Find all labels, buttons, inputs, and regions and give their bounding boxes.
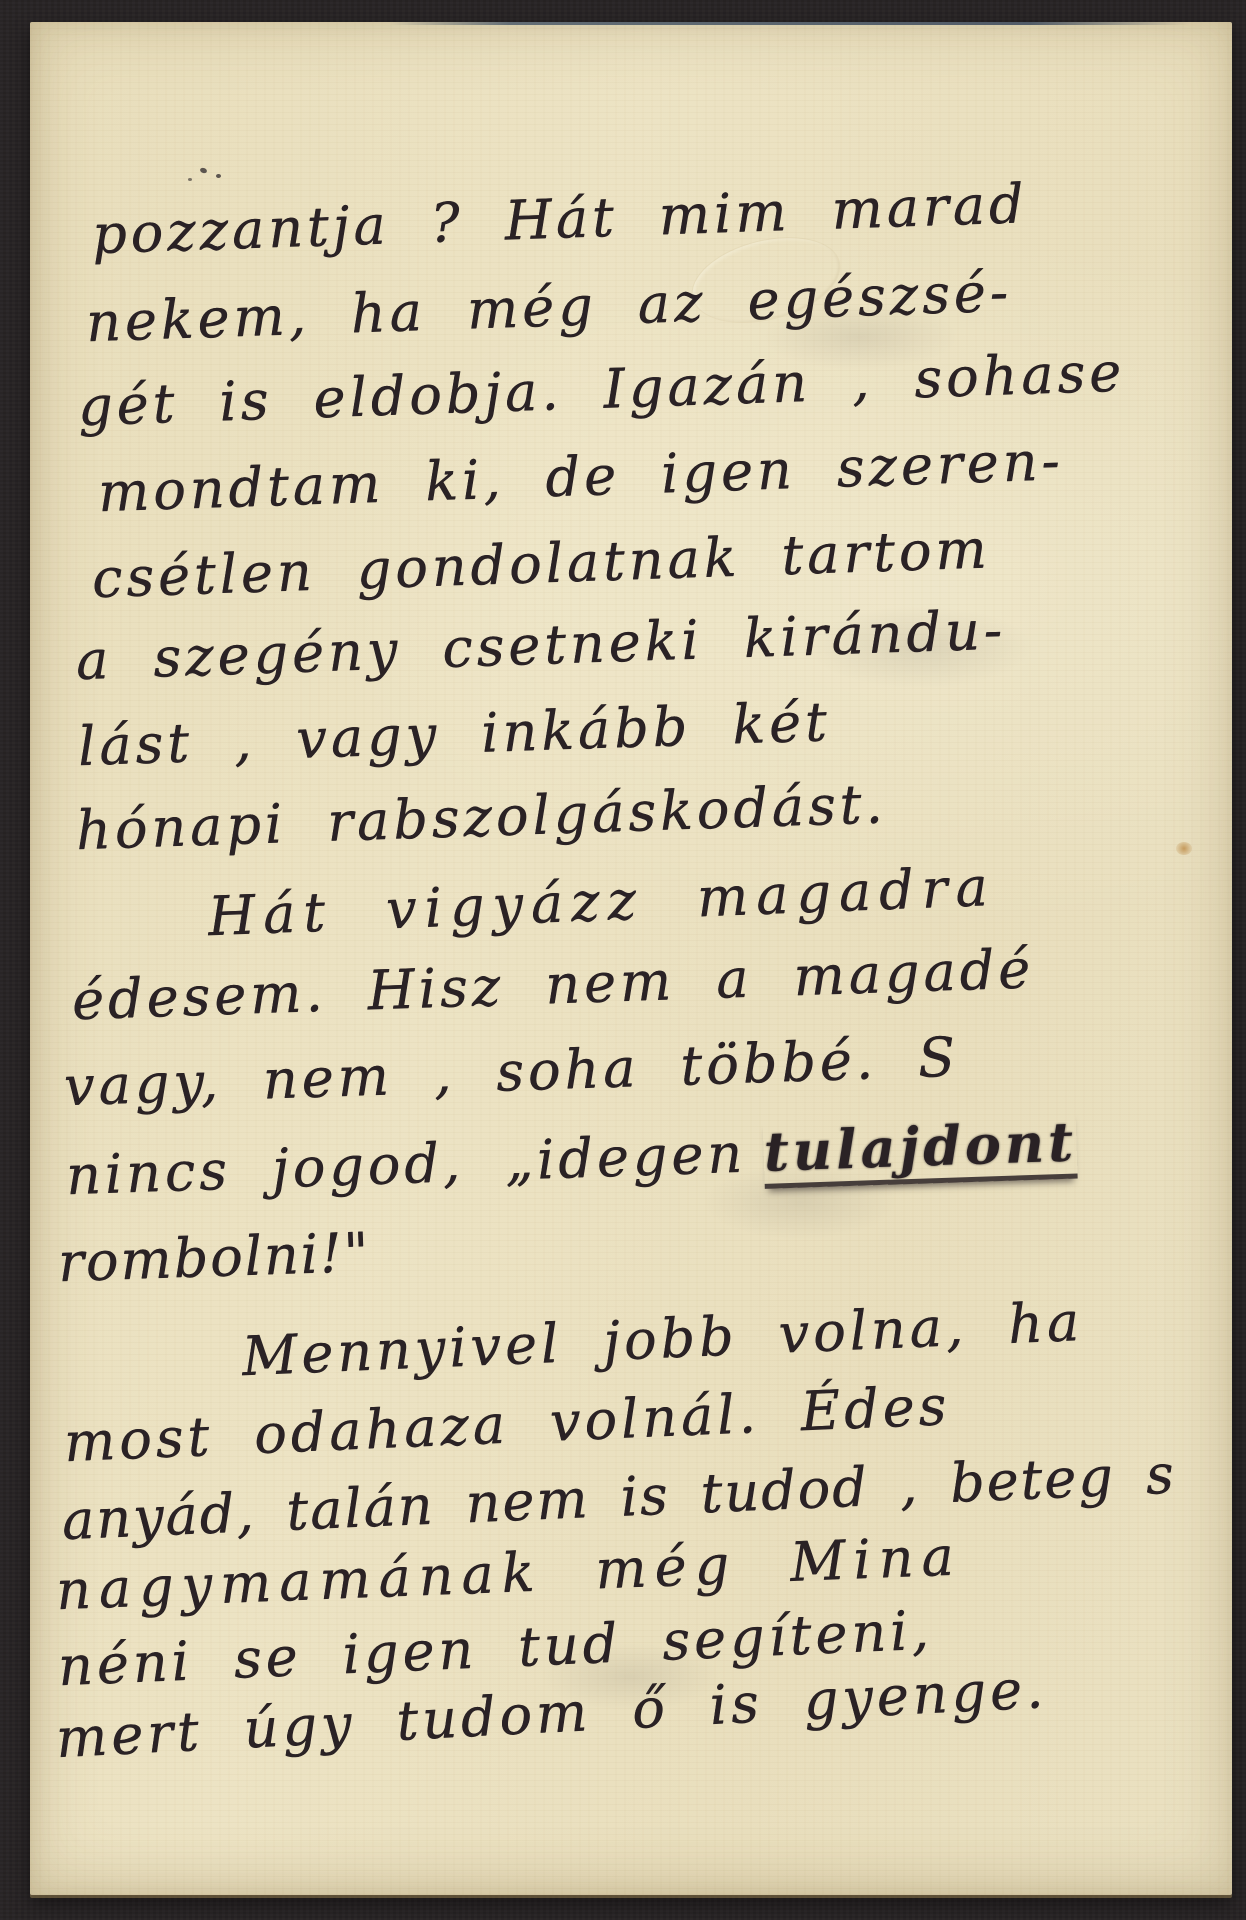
- handwriting-line: rombolni!": [57, 1210, 372, 1306]
- line-text: nincs jogod, „idegen: [65, 1121, 747, 1207]
- photo-background: pozzantja ? Hát mim marad nekem, ha még …: [0, 0, 1246, 1920]
- ink-speck: [188, 178, 192, 181]
- ink-speck: [199, 167, 207, 174]
- underlined-word: tulajdont: [763, 1109, 1078, 1188]
- paper-stain: [1176, 842, 1192, 855]
- letter-page: pozzantja ? Hát mim marad nekem, ha még …: [30, 22, 1232, 1895]
- back-sheet-edge: [390, 22, 1190, 25]
- ink-speck: [216, 174, 221, 178]
